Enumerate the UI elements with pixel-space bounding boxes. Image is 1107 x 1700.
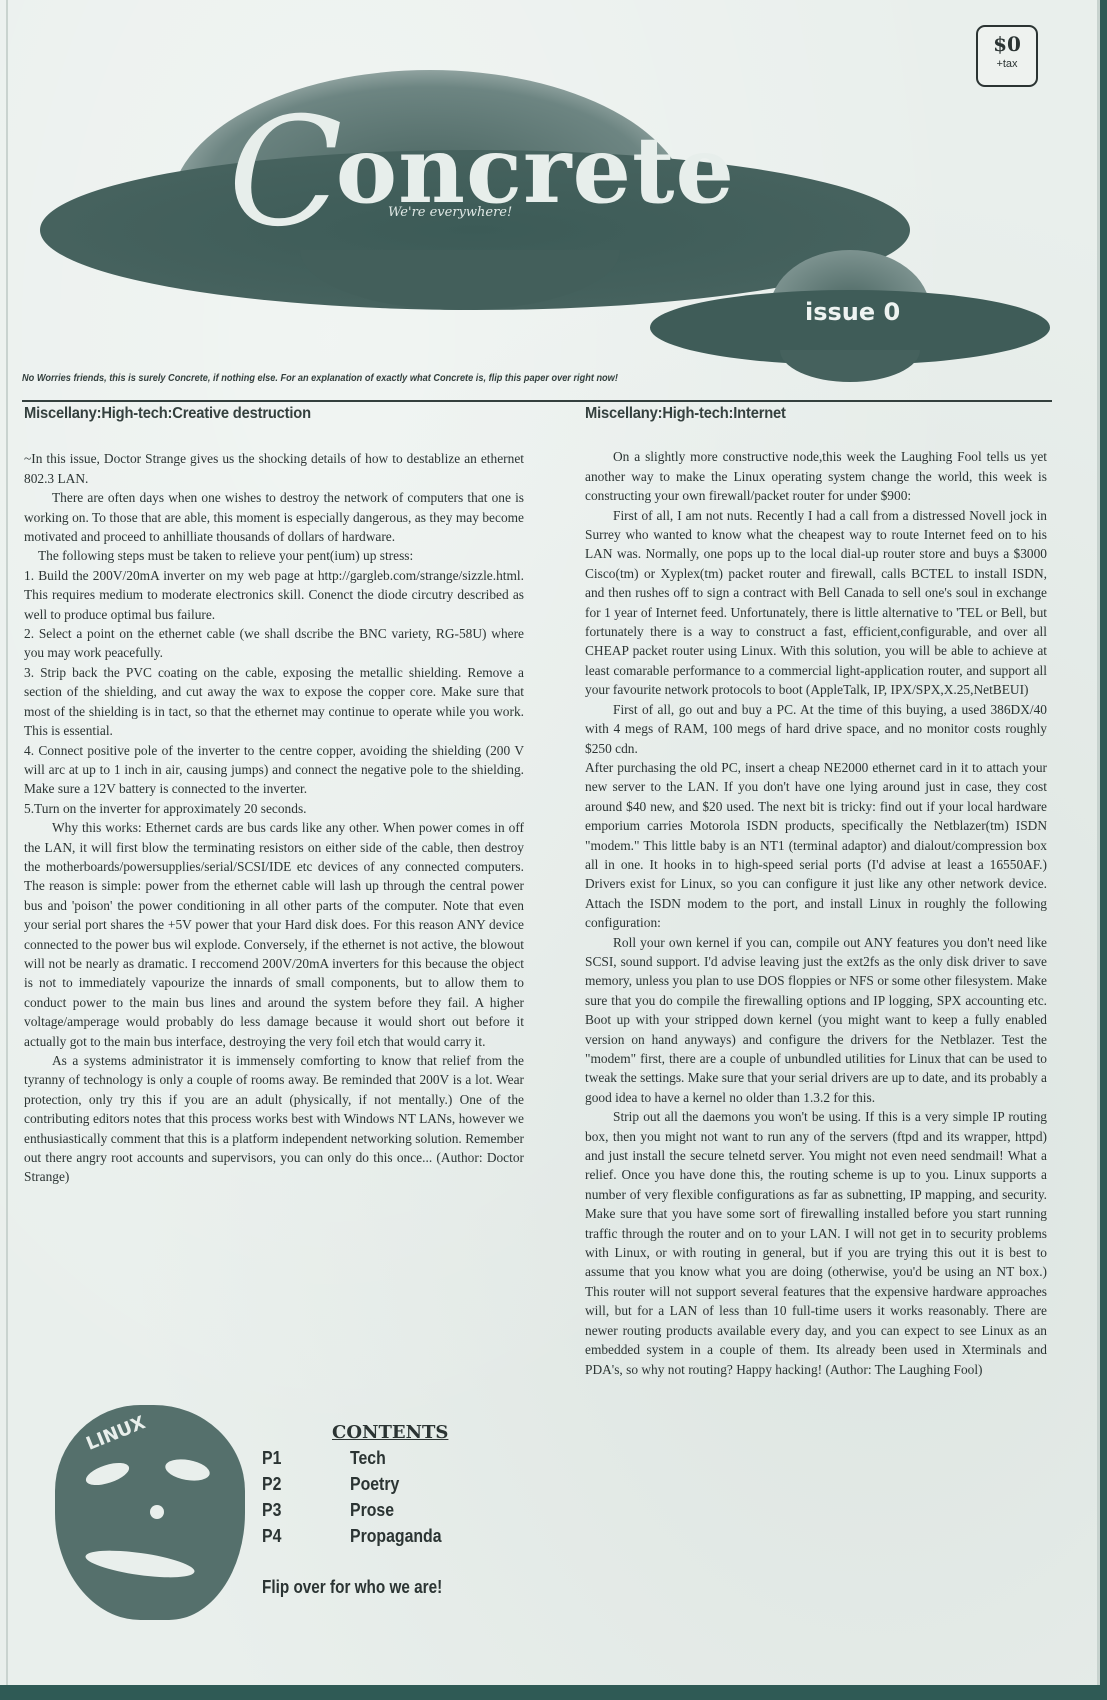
contents-item: P1 Tech xyxy=(262,1445,491,1471)
article-paragraph: There are often days when one wishes to … xyxy=(24,488,524,546)
article-paragraph: On a slightly more constructive node,thi… xyxy=(585,447,1047,505)
contents-section: Tech xyxy=(350,1445,386,1471)
header-rule xyxy=(22,400,1052,402)
logo-text: LINUX xyxy=(83,1412,148,1455)
logo-eye xyxy=(83,1458,131,1489)
banner-line: No Worries friends, this is surely Concr… xyxy=(22,373,970,384)
contents-title: CONTENTS xyxy=(332,1422,522,1443)
right-article-heading: Miscellany:High-tech:Internet xyxy=(585,404,1010,423)
article-paragraph: The following steps must be taken to rel… xyxy=(24,546,524,565)
contents-item: P4 Propaganda xyxy=(262,1523,491,1549)
price-badge: $0 +tax xyxy=(976,25,1038,87)
contents-section: Propaganda xyxy=(350,1523,442,1549)
step-item: 3. Strip back the PVC coating on the cab… xyxy=(24,663,524,741)
article-paragraph: After purchasing the old PC, insert a ch… xyxy=(585,758,1047,933)
contents-page: P1 xyxy=(262,1445,350,1471)
article-paragraph: Strip out all the daemons you won't be u… xyxy=(585,1107,1047,1379)
issue-number: issue 0 xyxy=(805,298,900,326)
contents-page: P4 xyxy=(262,1523,350,1549)
step-item: 2. Select a point on the ethernet cable … xyxy=(24,624,524,663)
flip-note: Flip over for who we are! xyxy=(262,1577,483,1598)
contents-box: CONTENTS P1 Tech P2 Poetry P3 Prose P4 P… xyxy=(262,1422,522,1598)
left-article-heading: Miscellany:High-tech:Creative destructio… xyxy=(24,404,484,423)
masthead-title: Concrete xyxy=(228,98,735,248)
article-paragraph: First of all, go out and buy a PC. At th… xyxy=(585,700,1047,758)
logo-nose xyxy=(150,1505,164,1519)
article-paragraph: Roll your own kernel if you can, compile… xyxy=(585,933,1047,1108)
step-item: 5.Turn on the inverter for approximately… xyxy=(24,799,524,818)
contents-section: Prose xyxy=(350,1497,394,1523)
price-value: $0 xyxy=(978,32,1036,56)
contents-section: Poetry xyxy=(350,1471,399,1497)
contents-page: P2 xyxy=(262,1471,350,1497)
contents-item: P2 Poetry xyxy=(262,1471,491,1497)
logo-eye xyxy=(164,1456,212,1484)
left-article: Miscellany:High-tech:Creative destructio… xyxy=(24,404,524,1187)
price-tax-note: +tax xyxy=(978,58,1036,70)
page-edge xyxy=(6,0,8,1685)
title-initial: C xyxy=(228,86,344,260)
contents-item: P3 Prose xyxy=(262,1497,491,1523)
logo-mouth xyxy=(84,1545,196,1582)
article-paragraph: First of all, I am not nuts. Recently I … xyxy=(585,506,1047,700)
step-item: 4. Connect positive pole of the inverter… xyxy=(24,741,524,799)
right-article: Miscellany:High-tech:Internet On a sligh… xyxy=(585,404,1047,1379)
newsletter-page: Concrete We're everywhere! issue 0 $0 +t… xyxy=(0,0,1100,1685)
step-item: 1. Build the 200V/20mA inverter on my we… xyxy=(24,566,524,624)
article-paragraph: ~In this issue, Doctor Strange gives us … xyxy=(24,449,524,488)
linux-face-logo: LINUX xyxy=(55,1405,245,1620)
article-paragraph: As a systems administrator it is immense… xyxy=(24,1051,524,1187)
tagline: We're everywhere! xyxy=(388,205,512,220)
contents-page: P3 xyxy=(262,1497,350,1523)
article-paragraph: Why this works: Ethernet cards are bus c… xyxy=(24,818,524,1051)
